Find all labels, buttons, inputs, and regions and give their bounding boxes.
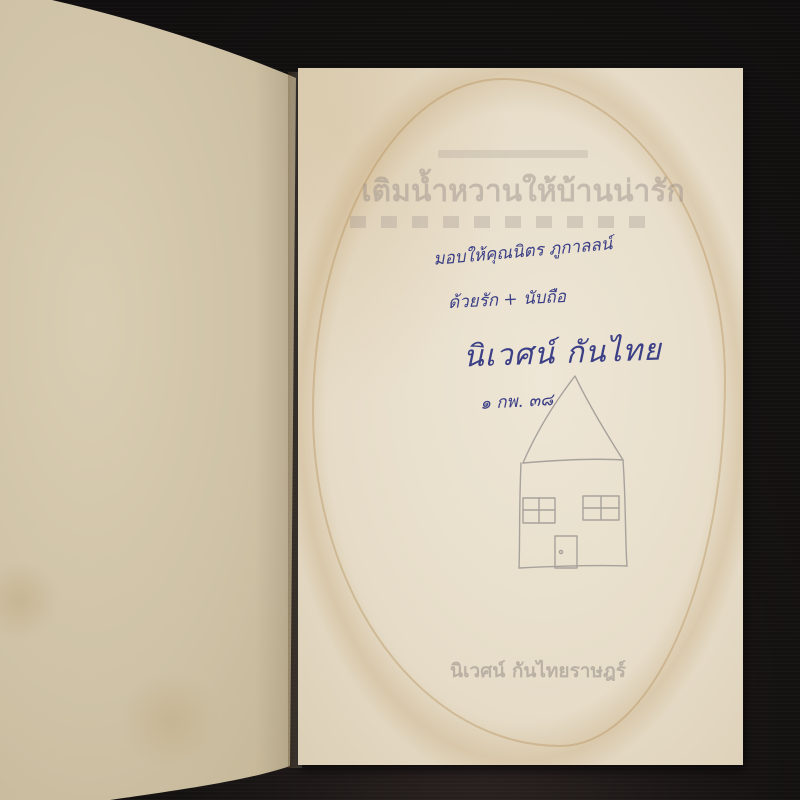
decorative-block [629, 216, 645, 228]
decorative-block [381, 216, 397, 228]
pencil-house-drawing [503, 368, 643, 573]
decorative-block-row [350, 216, 645, 228]
decorative-block [598, 216, 614, 228]
decorative-block [474, 216, 490, 228]
title-page: เติมน้ำหวานให้บ้านน่ารัก มอบให้คุณนิตร ภ… [298, 68, 743, 765]
book-author: นิเวศน์ กันไทยราษฎร์ [348, 656, 728, 686]
faint-subtitle [438, 150, 588, 158]
decorative-block [350, 216, 366, 228]
left-page [0, 0, 300, 800]
decorative-block [505, 216, 521, 228]
decorative-block [443, 216, 459, 228]
decorative-block [536, 216, 552, 228]
decorative-block [567, 216, 583, 228]
book-title: เติมน้ำหวานให้บ้านน่ารัก [338, 168, 708, 215]
decorative-block [412, 216, 428, 228]
